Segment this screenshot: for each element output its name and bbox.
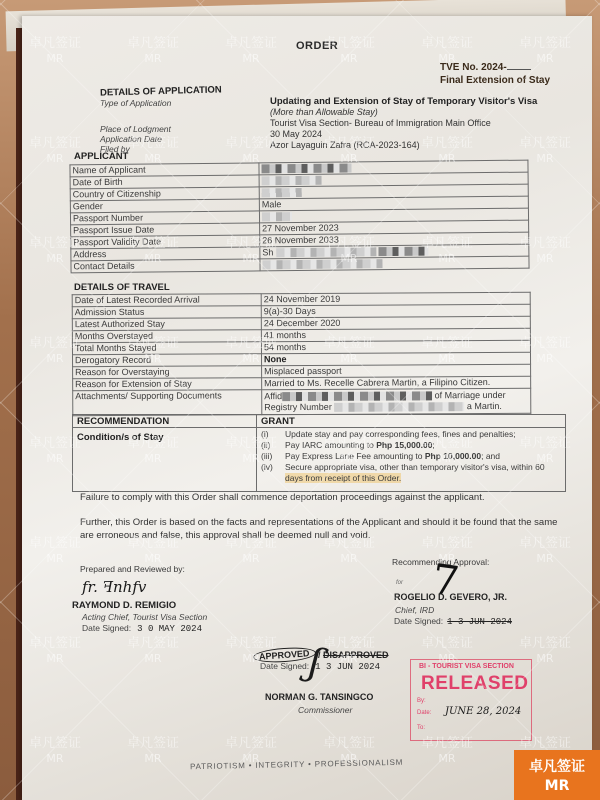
prepared-title: Acting Chief, Tourist Visa Section	[82, 612, 207, 622]
condition-num: (iii)	[261, 451, 285, 462]
condition-text: Secure appropriate visa, other than temp…	[285, 462, 545, 472]
condition-tail: ; and	[481, 451, 500, 461]
prepared-name: RAYMOND D. REMIGIO	[72, 600, 176, 611]
condition-item: (i)Update stay and pay corresponding fee…	[261, 429, 561, 440]
recommendation-box: RECOMMENDATION Condition/s of Stay GRANT…	[72, 414, 566, 492]
row-value-redacted	[260, 256, 529, 271]
recommending-date-line: Date Signed:1 3 JUN 2024	[394, 616, 512, 627]
stamp-handwritten-date: JUNE 28, 2024	[445, 706, 521, 717]
brand-badge: 卓凡签证 MR	[514, 750, 600, 800]
date-label: Date Signed:	[394, 616, 443, 626]
condition-tail: ;	[432, 440, 434, 450]
footer-motto: PATRIOTISM • INTEGRITY • PROFESSIONALISM	[190, 758, 403, 771]
date-label: Date Signed:	[260, 661, 309, 671]
failure-paragraph: Failure to comply with this Order shall …	[80, 491, 485, 504]
recommendation-value: GRANT	[261, 416, 295, 427]
row-label: Latest Authorized Stay	[72, 318, 261, 331]
label-type-of-application: Type of Application	[100, 98, 171, 108]
prepared-date-line: Date Signed:3 0 MAY 2024	[82, 623, 202, 634]
row-label: Attachments/ Supporting Documents	[73, 390, 262, 416]
row-label: Reason for Overstaying	[73, 366, 262, 379]
value-place-of-lodgment: Tourist Visa Section- Bureau of Immigrat…	[270, 118, 537, 129]
released-stamp: BI - TOURIST VISA SECTION RELEASED By: D…	[410, 659, 532, 741]
application-details-heading: DETAILS OF APPLICATION	[100, 84, 222, 98]
recommending-title: Chief, IRD	[395, 605, 434, 615]
table-row: Attachments/ Supporting Documents Affid …	[73, 388, 531, 415]
tve-number: TVE No. 2024-	[440, 62, 507, 73]
signature-remigio: fr. ꟻnhfv	[82, 578, 146, 596]
condition-amount: Php 15,000.00	[376, 440, 432, 450]
tve-reference: TVE No. 2024- Final Extension of Stay	[440, 61, 550, 87]
approver-name: NORMAN G. TANSINGCO	[265, 692, 373, 702]
date-stamp: 3 0 MAY 2024	[137, 624, 202, 634]
order-document: ORDER TVE No. 2024- Final Extension of S…	[22, 16, 592, 800]
stamp-to-label: To:	[417, 725, 425, 731]
tve-subtitle: Final Extension of Stay	[440, 75, 550, 86]
condition-text: Pay Express Lane Fee amounting to	[285, 451, 425, 461]
travel-table: Date of Latest Recorded Arrival24 Novemb…	[72, 292, 532, 416]
stamp-by-label: By:	[417, 698, 426, 704]
recommending-name: ROGELIO D. GEVERO, JR.	[394, 592, 507, 602]
application-details-labels: DETAILS OF APPLICATION Type of Applicati…	[100, 86, 222, 97]
value-filed-by: Azor Layaguin Zafra (RCA-2023-164)	[270, 140, 537, 151]
date-label: Date Signed:	[82, 623, 131, 633]
badge-mr-text: MR	[514, 778, 600, 794]
conditions-label: Condition/s of Stay	[77, 432, 164, 443]
document-title: ORDER	[296, 40, 338, 52]
stamp-date-label: Date:	[417, 710, 431, 716]
condition-amount: Php 10,000.00	[425, 451, 481, 461]
applicant-table: Name of Applicant Date of Birth Country …	[69, 160, 529, 274]
stamp-status: RELEASED	[421, 673, 528, 695]
row-value-redacted: Affid of Marriage under Registry Number …	[262, 388, 531, 414]
label-place-of-lodgment: Place of Lodgment	[100, 124, 171, 134]
prepared-caption: Prepared and Reviewed by:	[80, 564, 185, 574]
row-label: Derogatory Record	[73, 354, 262, 367]
for-label: for	[396, 580, 403, 586]
condition-item: (iii)Pay Express Lane Fee amounting to P…	[261, 451, 561, 462]
condition-item: (iv)Secure appropriate visa, other than …	[261, 462, 561, 484]
condition-num: (iv)	[261, 462, 285, 484]
row-label: Months Overstayed	[72, 330, 261, 343]
condition-num: (ii)	[261, 440, 285, 451]
disapproved-struck: DISAPPROVED	[323, 650, 389, 660]
badge-cn-text: 卓凡签证	[514, 756, 600, 776]
condition-num: (i)	[261, 429, 285, 440]
row-label: Reason for Extension of Stay	[73, 378, 262, 391]
condition-highlight: days from receipt of this Order.	[285, 473, 401, 483]
recommendation-label: RECOMMENDATION	[77, 416, 169, 427]
application-details-values: Updating and Extension of Stay of Tempor…	[270, 96, 537, 151]
condition-item: (ii)Pay IARC amounting to Php 15,000.00;	[261, 440, 561, 451]
value-type-note: (More than Allowable Stay)	[270, 107, 537, 118]
condition-text: Update stay and pay corresponding fees, …	[285, 429, 561, 440]
approver-title: Commissioner	[298, 705, 352, 715]
row-label: Date of Latest Recorded Arrival	[72, 294, 261, 307]
value-application-date: 30 May 2024	[270, 129, 537, 140]
row-label: Contact Details	[71, 259, 260, 273]
date-stamp: 1 3 JUN 2024	[447, 617, 512, 627]
condition-text: Pay IARC amounting to	[285, 440, 376, 450]
label-application-date: Application Date	[100, 134, 162, 144]
conditions-list: (i)Update stay and pay corresponding fee…	[261, 429, 561, 484]
date-stamp: 1 3 JUN 2024	[315, 662, 380, 672]
applicant-heading: APPLICANT	[74, 151, 128, 162]
row-label: Admission Status	[72, 306, 261, 319]
row-label: Total Months Stayed	[72, 342, 261, 355]
stamp-header: BI - TOURIST VISA SECTION	[419, 663, 514, 670]
address-prefix: Sh	[262, 247, 273, 257]
further-paragraph: Further, this Order is based on the fact…	[80, 516, 568, 542]
travel-heading: DETAILS OF TRAVEL	[74, 282, 170, 293]
value-type-of-application: Updating and Extension of Stay of Tempor…	[270, 96, 537, 107]
